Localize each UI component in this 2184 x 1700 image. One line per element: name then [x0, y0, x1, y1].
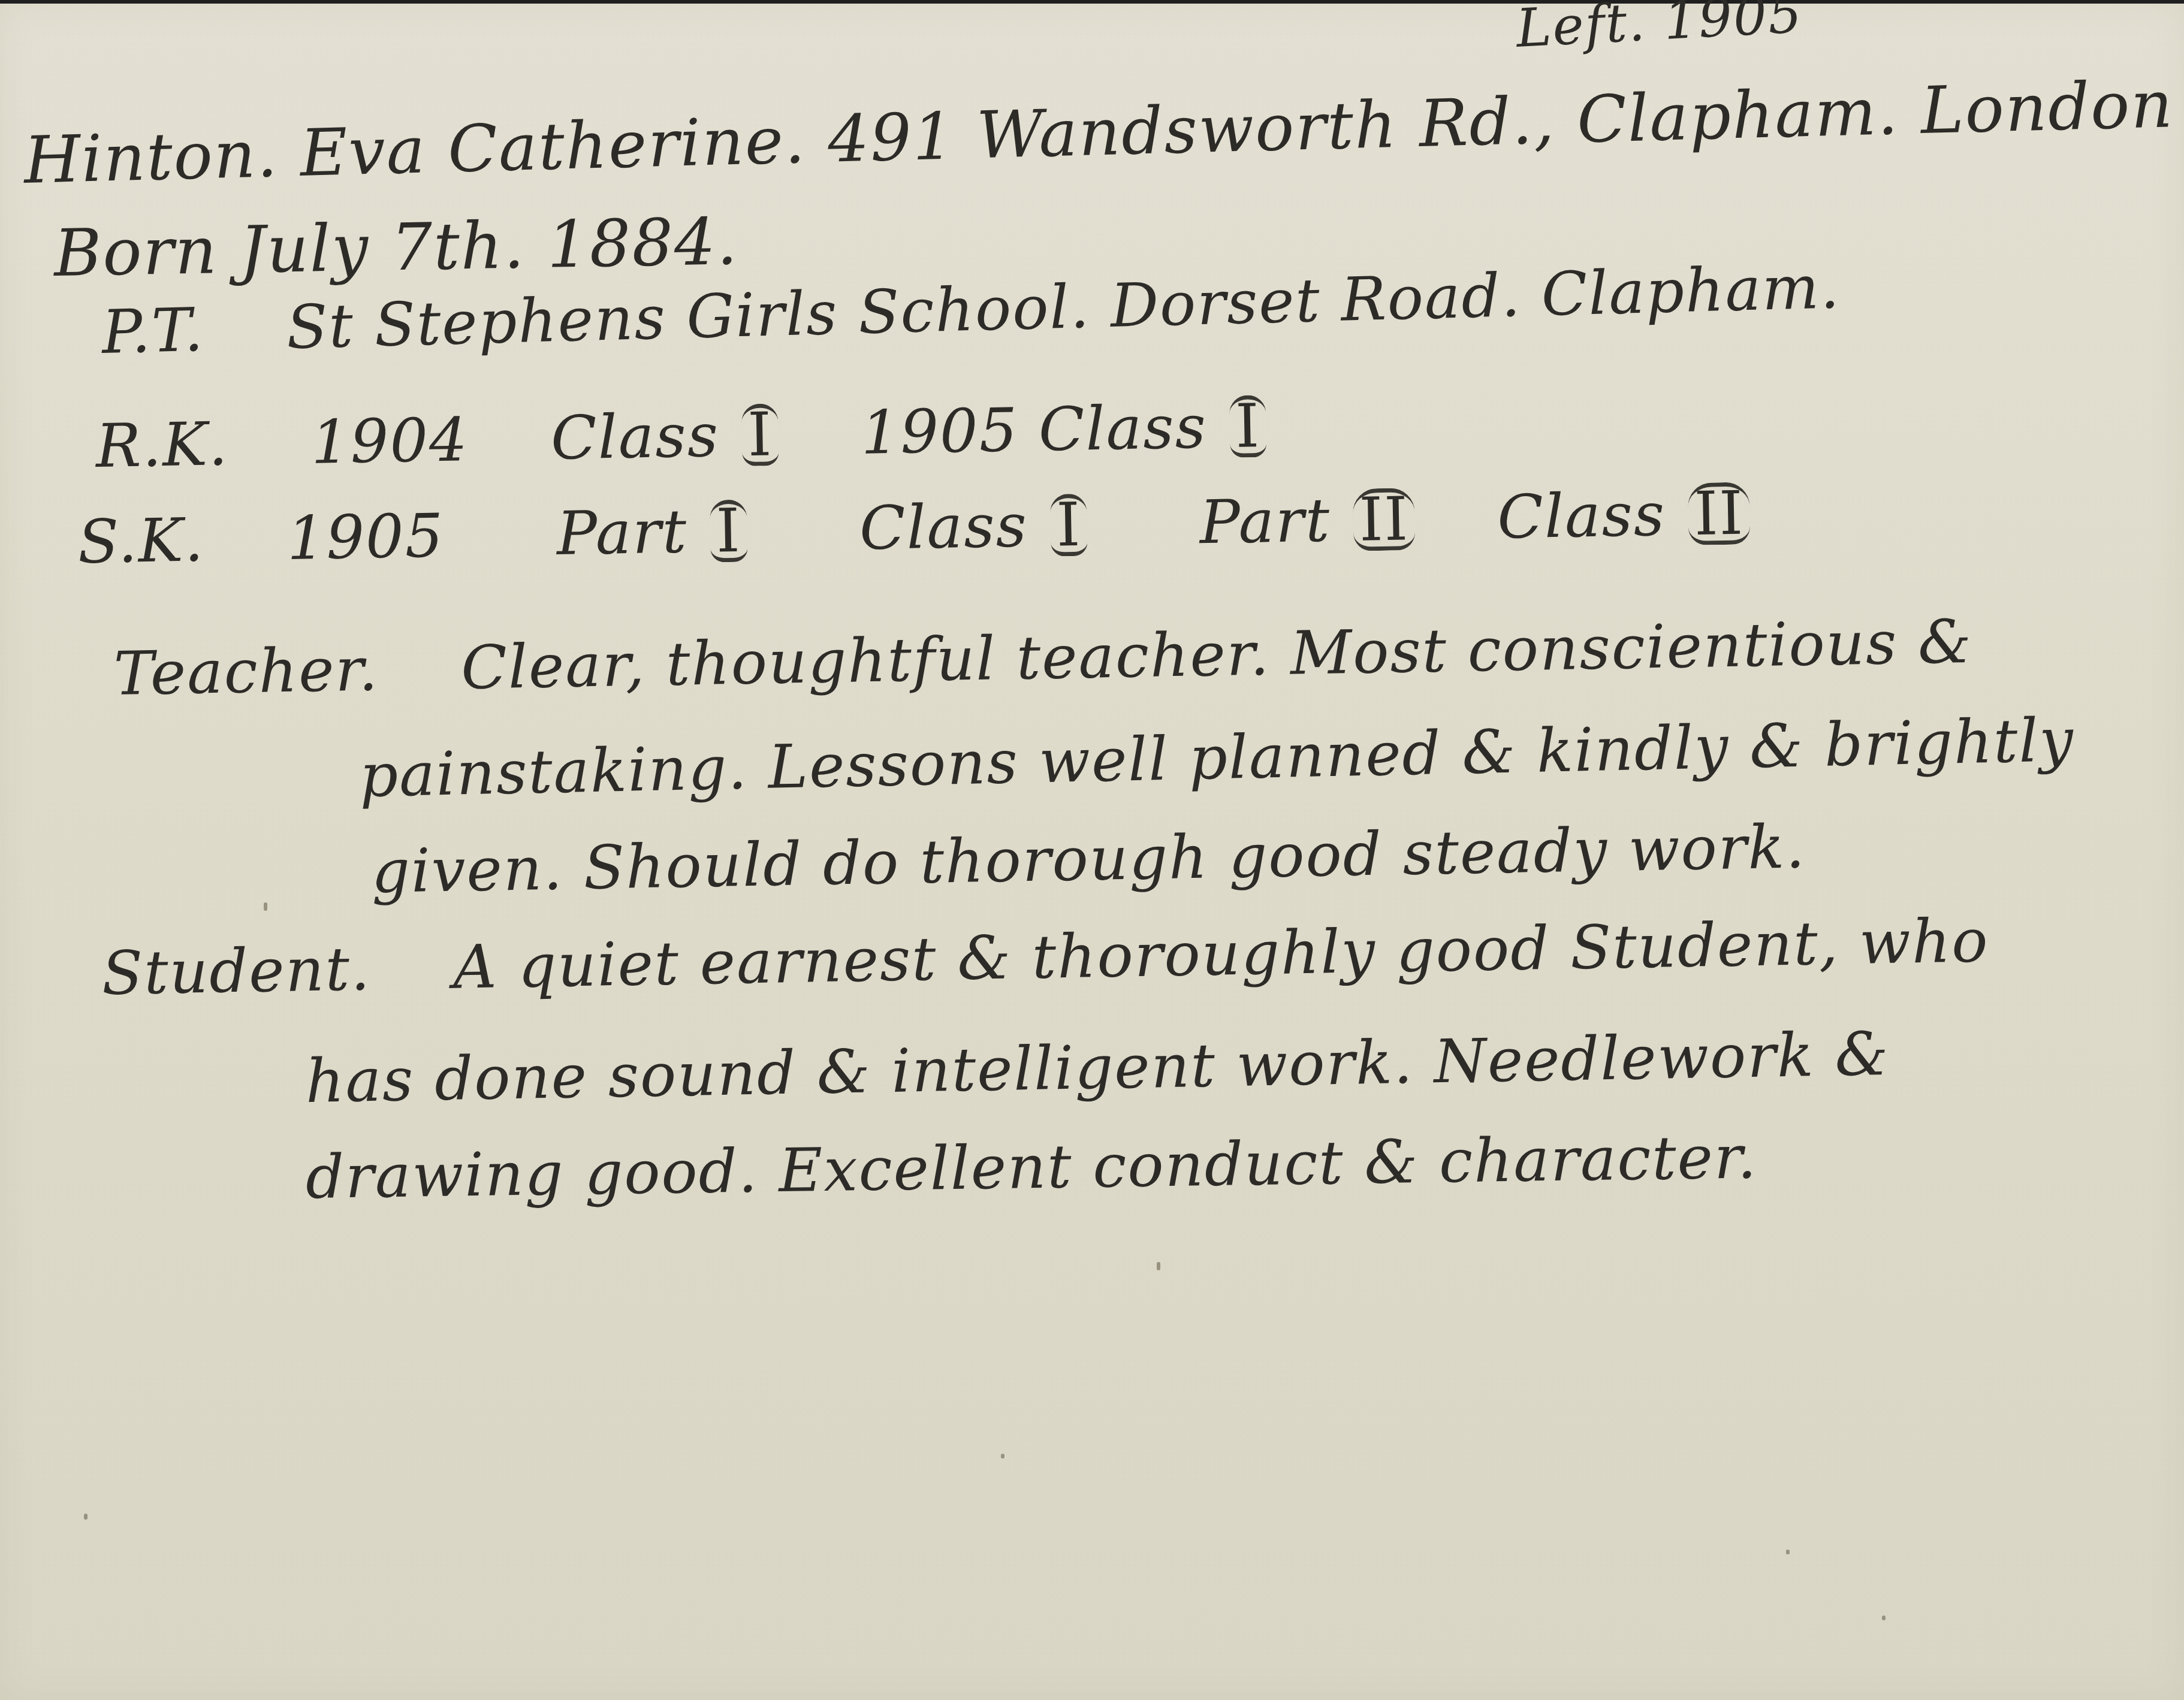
left-date-text: Left. 1905: [1515, 0, 1804, 59]
sk-class-2-label: Class: [1497, 479, 1666, 552]
paper-speck: [84, 1514, 88, 1520]
born-date: Born July 7th. 1884.: [53, 204, 739, 291]
name-address-line: Hinton. Eva Catherine. 491 Wandsworth Rd…: [23, 63, 2184, 198]
rk-line: R.K. 1904 Class I 1905 Class I: [95, 391, 1267, 481]
paper-speck: [1001, 1454, 1004, 1459]
student-text-1: A quiet earnest & thoroughly good Studen…: [453, 905, 1989, 1003]
teacher-text-3: given. Should do thorough good steady wo…: [371, 811, 1806, 907]
rk-class-2-numeral: I: [1229, 395, 1267, 458]
teacher-line-3: given. Should do thorough good steady wo…: [371, 811, 1806, 907]
sk-year: 1905: [286, 500, 445, 573]
student-text-2: has done sound & intelligent work. Needl…: [305, 1019, 1890, 1116]
student-line-2: has done sound & intelligent work. Needl…: [305, 1019, 1890, 1116]
student-label: Student.: [101, 934, 372, 1008]
sk-class-1-numeral: I: [1050, 494, 1088, 557]
sk-part-2-label: Part: [1199, 485, 1331, 558]
rk-class-1-label: Class: [550, 400, 720, 473]
record-card: Left. 1905 Hinton. Eva Catherine. 491 Wa…: [0, 4, 2184, 1700]
rk-class-1-numeral: I: [741, 403, 779, 466]
sk-label: S.K.: [77, 505, 205, 577]
student-line-3: drawing good. Excellent conduct & charac…: [305, 1122, 1758, 1212]
sk-line: S.K. 1905 Part I Class I Part II Class I…: [77, 478, 1751, 577]
student-text-3: drawing good. Excellent conduct & charac…: [305, 1122, 1758, 1212]
teacher-line-2: painstaking. Lessons well planned & kind…: [359, 705, 2075, 811]
given-names: Eva Catherine: [299, 104, 785, 191]
address: 491 Wandsworth Rd., Clapham. London S.W.: [827, 63, 2184, 177]
rk-year-2: 1905: [861, 395, 1019, 468]
teacher-line-1: Teacher. Clear, thoughtful teacher. Most…: [113, 606, 1973, 709]
sk-part-2-numeral: II: [1353, 488, 1416, 551]
born-line: Born July 7th. 1884.: [53, 204, 739, 291]
left-date-note: Left. 1905: [1515, 0, 1804, 59]
paper-speck: [1786, 1550, 1790, 1554]
student-line-1: Student. A quiet earnest & thoroughly go…: [101, 905, 1989, 1008]
paper-speck: [264, 902, 267, 911]
sk-part-1-numeral: I: [710, 500, 747, 563]
teacher-label: Teacher.: [113, 634, 379, 709]
rk-class-2-label: Class: [1038, 392, 1208, 465]
sk-part-1-label: Part: [556, 496, 688, 569]
surname: Hinton: [23, 117, 257, 198]
teacher-text-1: Clear, thoughtful teacher. Most conscien…: [460, 606, 1973, 703]
pt-label: P.T.: [101, 295, 205, 367]
sk-class-2-numeral: II: [1688, 482, 1751, 545]
teacher-text-2: painstaking. Lessons well planned & kind…: [359, 705, 2075, 811]
rk-label: R.K.: [95, 409, 230, 481]
sk-class-1-label: Class: [859, 490, 1028, 563]
paper-speck: [1882, 1616, 1886, 1620]
rk-year-1: 1904: [310, 404, 469, 478]
paper-speck: [1157, 1262, 1160, 1270]
